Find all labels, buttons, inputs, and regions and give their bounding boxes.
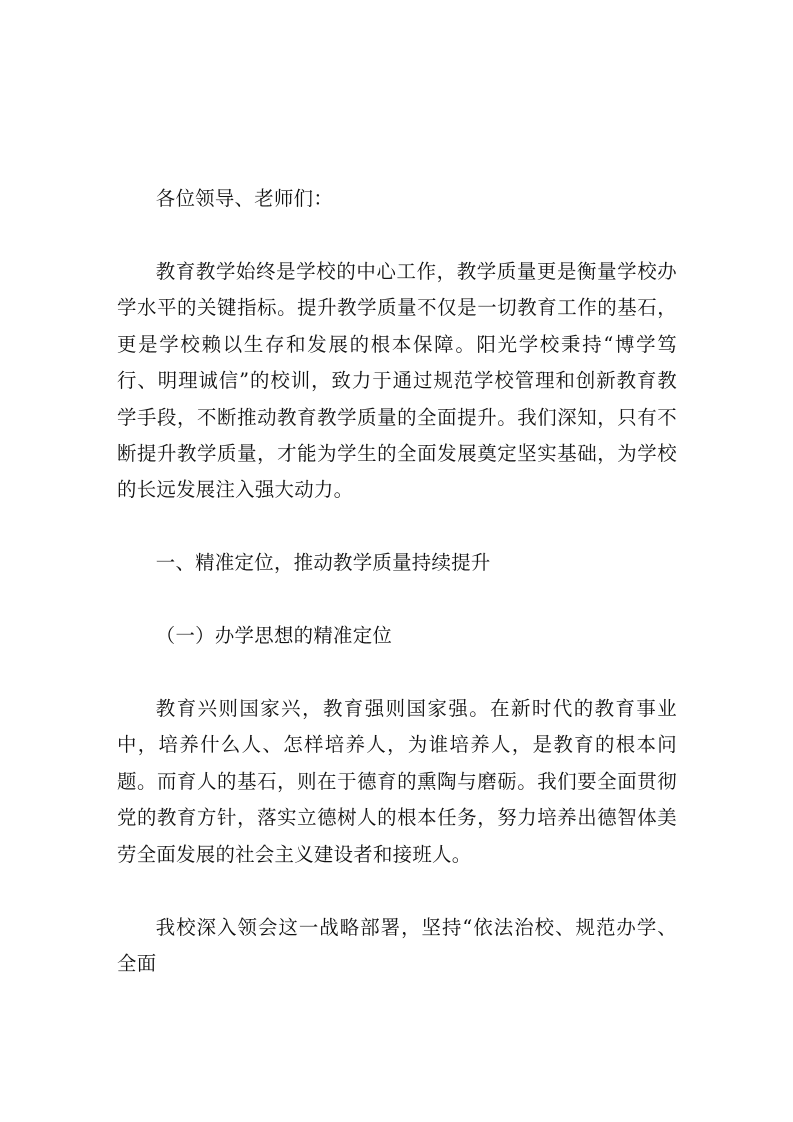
subsection-heading: （一）办学思想的精准定位 [117,618,677,654]
body-paragraph: 我校深入领会这一战略部署，坚持“依法治校、规范办学、全面 [117,910,677,983]
section-heading: 一、精准定位，推动教学质量持续提升 [117,545,677,581]
salutation: 各位领导、老师们： [117,181,677,217]
intro-paragraph: 教育教学始终是学校的中心工作，教学质量更是衡量学校办学水平的关键指标。提升教学质… [117,254,677,509]
body-paragraph: 教育兴则国家兴，教育强则国家强。在新时代的教育事业中，培养什么人、怎样培养人，为… [117,691,677,873]
